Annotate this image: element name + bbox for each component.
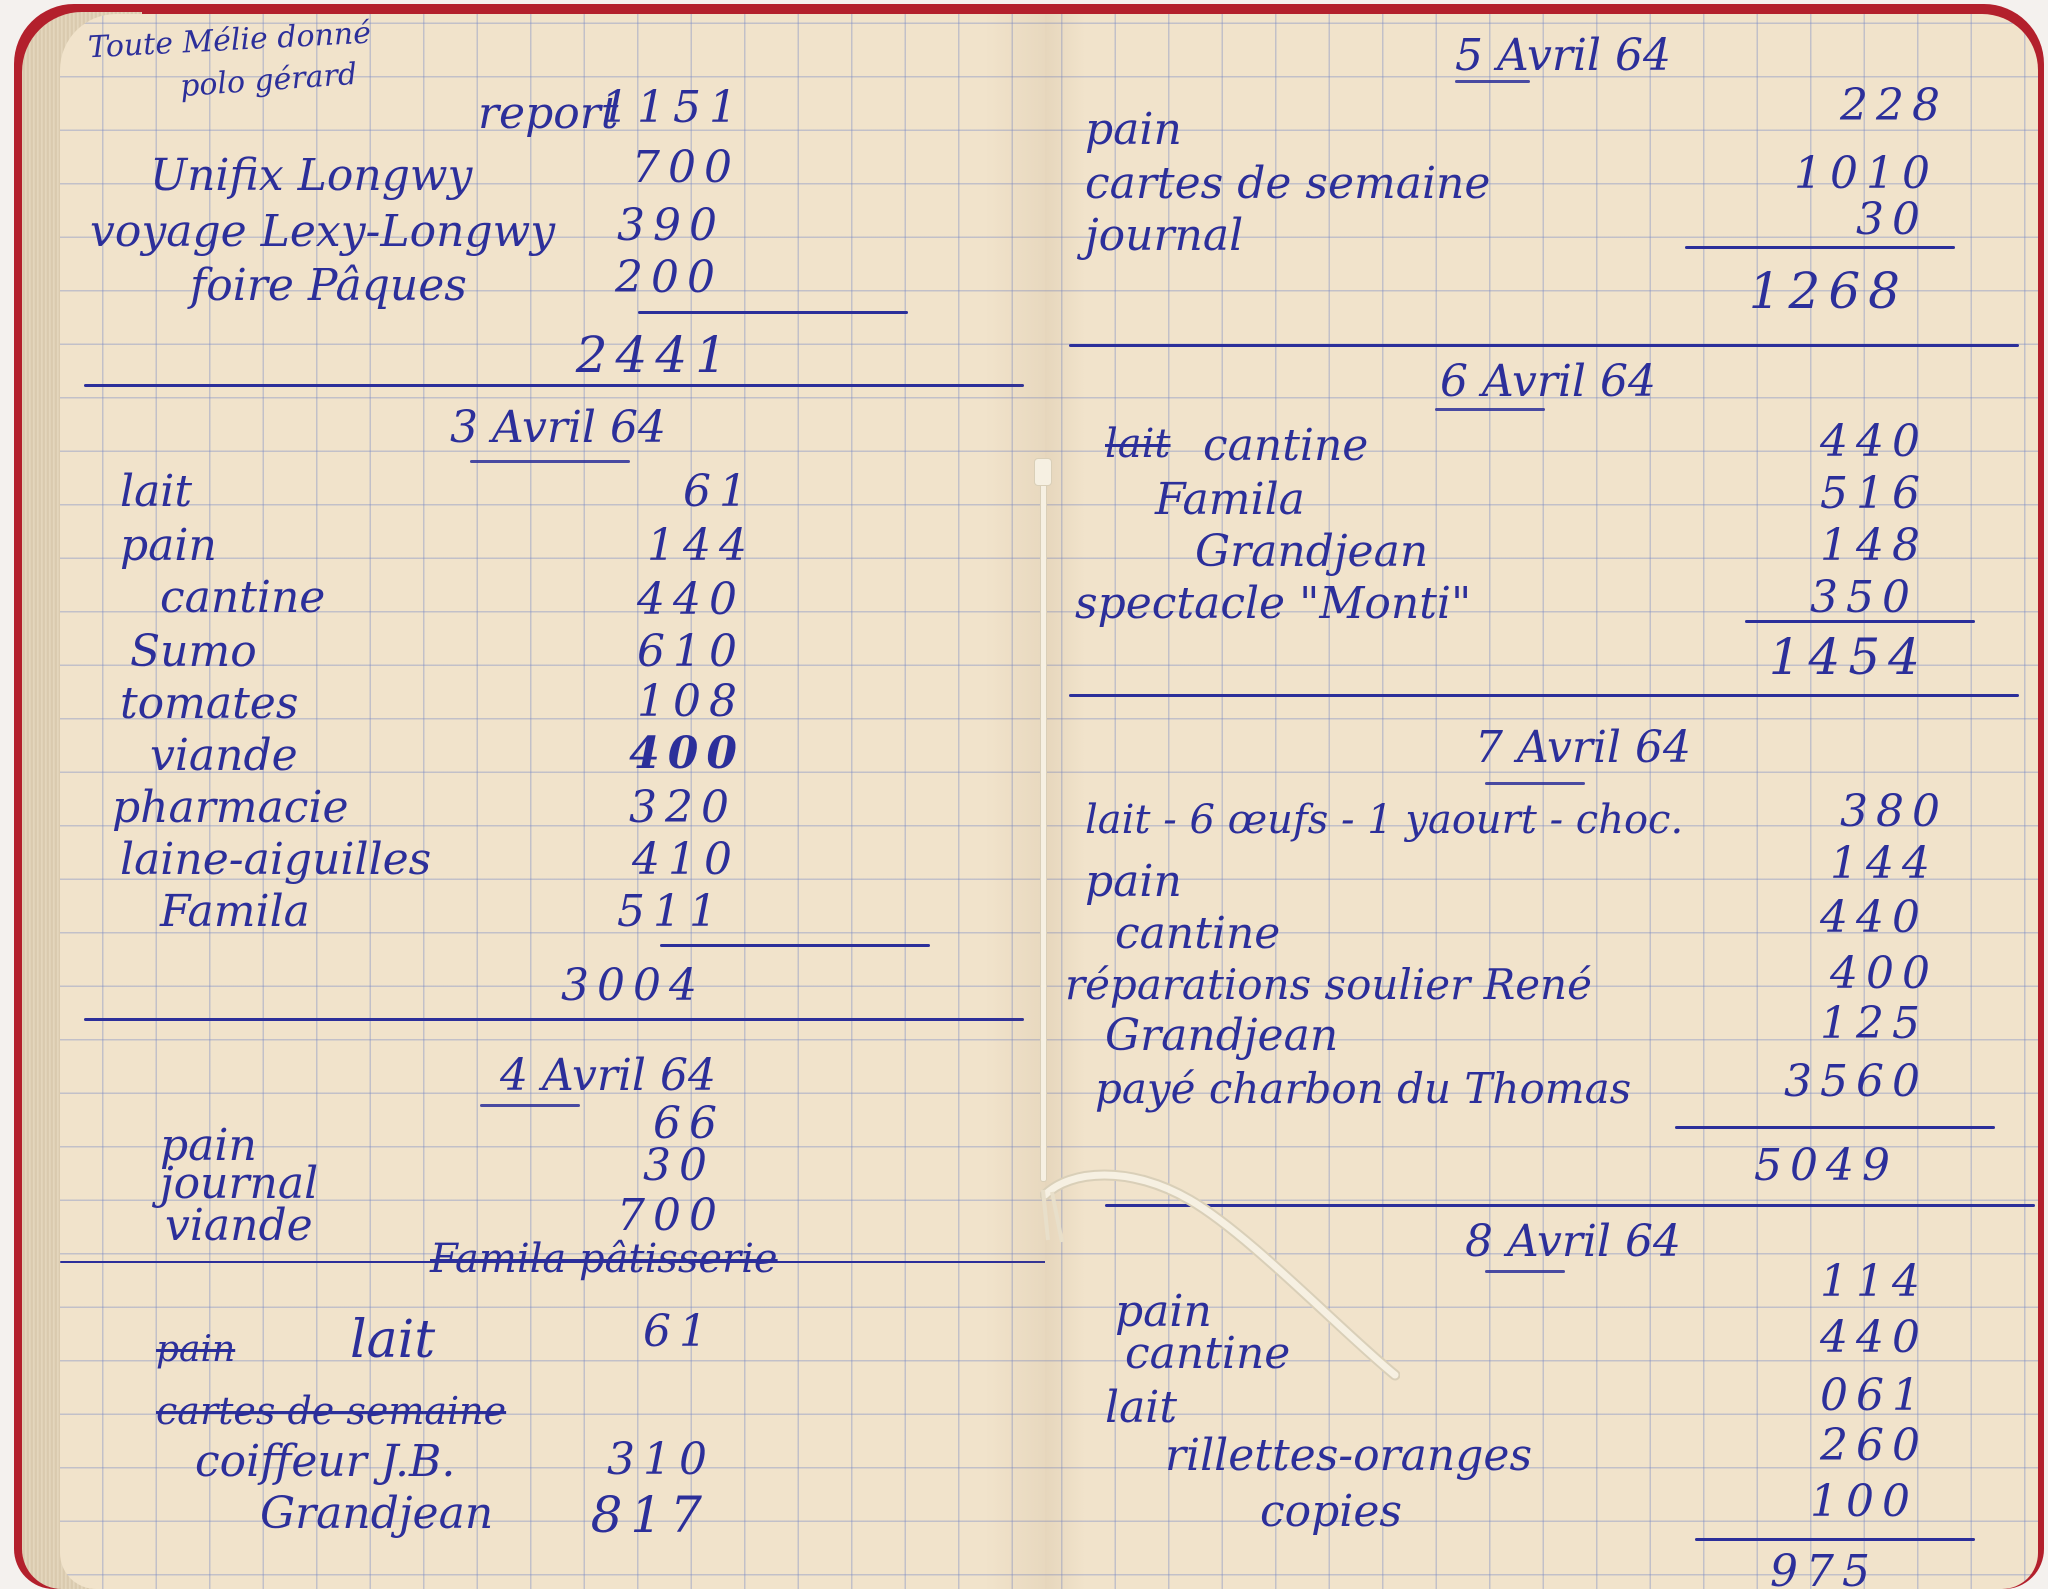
entry-amount: 61 [683,470,755,514]
entry-amount: 700 [617,1194,725,1238]
entry-amount: 610 [637,630,745,674]
section-divider [1069,694,2019,697]
section-date: 3 Avril 64 [450,406,666,450]
section-divider [1069,344,2019,347]
sum-rule [660,944,930,947]
entry-label: pharmacie [112,786,348,830]
entry-label: lait [350,1314,435,1366]
margin-note-line-1: Toute Mélie donné [87,19,371,64]
section-divider [84,384,1024,387]
date-underline [1435,408,1545,411]
entry-label: pain [1085,108,1182,152]
section-total: 1268 [1749,266,1908,316]
entry-label: réparations soulier René [1065,964,1592,1006]
entry-amount: 100 [1810,1480,1918,1524]
entry-amount: 1010 [1794,152,1938,196]
struck-entry-label: Famila pâtisserie [430,1239,778,1279]
entry-amount: 440 [1820,1316,1928,1360]
section-total: 5049 [1754,1144,1898,1188]
entry-amount: 125 [1820,1002,1928,1046]
entry-amount: 30 [643,1144,715,1188]
entry-label: tomates [120,682,298,726]
entry-amount: 380 [1840,790,1948,834]
sum-rule [1745,620,1975,623]
margin-note-line-2: polo gérard [179,60,358,102]
entry-label: viande [150,734,298,778]
entry-label: viande [165,1204,313,1248]
entry-amount: 61 [643,1310,715,1354]
entry-label: pain [1085,860,1182,904]
entry-amount: 3560 [1784,1060,1928,1104]
section-total: 1454 [1769,632,1928,682]
entry-label: laine-aiguilles [120,838,431,882]
section-date: 8 Avril 64 [1465,1220,1681,1264]
entry-label: lait [120,470,192,514]
entry-amount: 144 [647,524,755,568]
left-page: Toute Mélie donné polo gérard report 115… [60,14,1045,1589]
struck-entry-label: lait [1105,424,1171,464]
date-underline [470,460,630,463]
entry-amount: 400 [1830,952,1938,996]
entry-label: payé charbon du Thomas [1095,1068,1631,1110]
entry-label: rillettes-oranges [1165,1434,1532,1478]
entry-amount: 260 [1820,1424,1928,1468]
sum-rule [638,311,908,314]
entry-label: report [478,92,618,136]
entry-label: foire Pâques [190,264,467,308]
entry-label: cartes de semaine [1085,162,1490,206]
entry-label: Famila [1155,478,1305,522]
entry-label: journal [1085,214,1243,258]
struck-entry-label: pain [156,1332,235,1368]
entry-label: Sumo [130,630,257,674]
entry-amount: 200 [615,256,723,300]
entry-label: Grandjean [1195,530,1428,574]
struck-entry-label: cartes de semaine [156,1392,506,1430]
entry-amount: 144 [1830,842,1938,886]
entry-amount: 440 [1820,420,1928,464]
entry-amount: 400 [629,732,745,776]
entry-amount: 440 [637,578,745,622]
entry-amount: 108 [637,680,745,724]
binding-knot-top [1034,458,1052,486]
entry-amount: 700 [632,146,740,190]
entry-amount: 516 [1820,472,1928,516]
entry-label: cantine [160,576,325,620]
entry-amount: 350 [1810,576,1918,620]
section-total: 975 [1770,1550,1878,1589]
date-underline [1485,1270,1565,1273]
entry-label: Grandjean [1105,1014,1338,1058]
section-total: 2441 [576,330,735,380]
entry-amount: 390 [617,204,725,248]
entry-label: cantine [1203,424,1368,468]
entry-amount: 114 [1820,1260,1928,1304]
entry-label: copies [1260,1490,1402,1534]
section-date: 7 Avril 64 [1475,726,1691,770]
entry-label: coiffeur J.B. [195,1440,455,1484]
entry-amount: 061 [1820,1374,1928,1418]
section-total: 3004 [561,964,705,1008]
entry-amount: 817 [591,1490,710,1540]
entry-amount: 310 [607,1438,715,1482]
entry-amount: 228 [1840,84,1948,128]
date-underline [1485,782,1585,785]
entry-label: voyage Lexy-Longwy [90,210,555,254]
date-underline [480,1104,580,1107]
entry-amount: 148 [1820,524,1928,568]
entry-label: Grandjean [260,1492,493,1536]
section-date: 5 Avril 64 [1455,34,1671,78]
sum-rule [1685,246,1955,249]
sum-rule [1675,1126,1995,1129]
date-underline [1455,80,1530,83]
entry-label: pain [120,524,217,568]
section-date: 4 Avril 64 [500,1054,716,1098]
entry-amount: 410 [632,838,740,882]
entry-label: lait - 6 œufs - 1 yaourt - choc. [1085,800,1683,840]
entry-label: Famila [160,890,310,934]
entry-label: cantine [1115,912,1280,956]
entry-label: Unifix Longwy [150,154,472,198]
entry-amount: 440 [1820,896,1928,940]
entry-label: spectacle "Monti" [1075,582,1471,626]
sum-rule [1695,1538,1975,1541]
entry-amount: 511 [617,890,725,934]
binding-string-loop [1040,1160,1400,1400]
entry-amount: 1151 [601,86,745,130]
section-divider [84,1018,1024,1021]
binding-string [1040,470,1047,1182]
section-date: 6 Avril 64 [1440,360,1656,404]
entry-amount: 320 [629,786,737,830]
entry-amount: 30 [1856,198,1928,242]
